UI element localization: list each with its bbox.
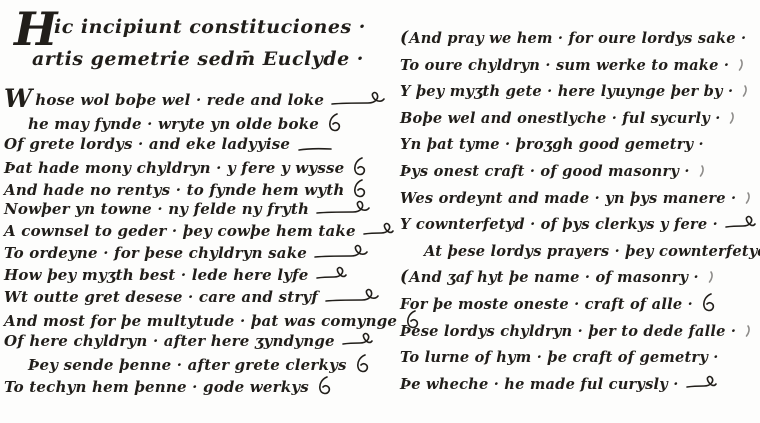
heading-line-2: artis gemetrie sedm̄ Euclyde · xyxy=(32,48,364,70)
verse-line: How þey myʒth best · lede here lyfe xyxy=(4,265,396,287)
scribal-flourish-mark-icon xyxy=(743,186,752,213)
verse-line-text: Þat hade mony chyldryn · y fere y wysse xyxy=(4,159,344,177)
left-verse-column: Whose wol boþe wel · rede and lokehe may… xyxy=(4,90,396,396)
scribal-flourish-short-icon xyxy=(686,372,717,399)
verse-line-text: hose wol boþe wel · rede and loke xyxy=(35,91,324,109)
scribal-flourish-mark-icon xyxy=(727,106,736,133)
verse-line: Þese lordys chyldryn · þer to dede falle… xyxy=(400,319,760,346)
verse-line: Þat hade mony chyldryn · y fere y wysse xyxy=(4,156,396,178)
verse-line: A cownsel to geder · þey cowþe hem take xyxy=(4,221,396,243)
verse-line-text: Wes ordeynt and made · yn þys manere · xyxy=(400,190,736,207)
scribal-flourish-hook-icon xyxy=(316,375,331,399)
right-verse-column: (And pray we hem · for oure lordys sake … xyxy=(400,26,760,398)
verse-line-text: Of grete lordys · and eke ladyyise xyxy=(4,135,290,153)
scribal-flourish-short-icon xyxy=(363,221,394,243)
verse-line: Yn þat tyme · þroʒgh good gemetry · xyxy=(400,132,760,159)
verse-line: Boþe wel and onestlyche · ful sycurly · xyxy=(400,106,760,133)
scribal-flourish-mark-icon xyxy=(740,79,749,106)
scribal-flourish-hook-icon xyxy=(351,178,366,202)
verse-line-text: To oure chyldryn · sum werke to make · xyxy=(400,57,729,74)
scribal-flourish-mark-icon xyxy=(697,159,706,186)
verse-line-text: Þey sende þenne · after grete clerkys xyxy=(28,356,347,374)
scribal-flourish-mark-icon xyxy=(706,265,715,292)
scribal-flourish-short-icon xyxy=(316,265,347,287)
verse-line-text: Of here chyldryn · after here ʒyndynge xyxy=(4,332,335,350)
verse-line-text: And hade no rentys · to fynde hem wyth xyxy=(4,181,344,199)
verse-line-text: Wt outte gret desese · care and stryf xyxy=(4,288,318,306)
scribal-flourish-long-icon xyxy=(325,287,379,309)
verse-line: To oure chyldryn · sum werke to make · xyxy=(400,53,760,80)
verse-line-text: And ʒaf hyt þe name · of masonry · xyxy=(409,269,699,286)
verse-line-text: Þese lordys chyldryn · þer to dede falle… xyxy=(400,323,736,340)
verse-line-text: Nowþer yn towne · ny felde ny fryth xyxy=(4,200,309,218)
verse-line-text: Boþe wel and onestlyche · ful sycurly · xyxy=(400,110,720,127)
verse-line-text: Yn þat tyme · þroʒgh good gemetry · xyxy=(400,136,704,153)
scribal-flourish-mark-icon xyxy=(743,319,752,346)
verse-line-text: A cownsel to geder · þey cowþe hem take xyxy=(4,222,356,240)
verse-line: To ordeyne · for þese chyldryn sake xyxy=(4,243,396,265)
scribal-flourish-hook-icon xyxy=(700,292,715,319)
scribal-flourish-long-icon xyxy=(331,90,385,112)
verse-line: At þese lordys prayers · þey cownterfety… xyxy=(400,239,760,266)
scribal-flourish-mark-icon xyxy=(736,53,745,80)
verse-line: To techyn hem þenne · gode werkys xyxy=(4,375,396,397)
manuscript-page: H ic incipiunt constituciones · artis ge… xyxy=(0,0,760,423)
verse-line: Of grete lordys · and eke ladyyise xyxy=(4,134,396,156)
verse-line-text: To lurne of hym · þe craft of gemetry · xyxy=(400,349,719,366)
verse-line-text: Y cownterfetyd · of þys clerkys y fere · xyxy=(400,216,718,233)
verse-line-text: Y þey myʒth gete · here lyuynge þer by · xyxy=(400,83,733,100)
verse-line: And most for þe multytude · þat was comy… xyxy=(4,309,396,331)
verse-line: (And ʒaf hyt þe name · of masonry · xyxy=(400,265,760,292)
verse-line: Wes ordeynt and made · yn þys manere · xyxy=(400,186,760,213)
verse-line-text: For þe moste oneste · craft of alle · xyxy=(400,296,693,313)
verse-line: Þey sende þenne · after grete clerkys xyxy=(4,353,396,375)
verse-line-text: To techyn hem þenne · gode werkys xyxy=(4,378,309,396)
scribal-flourish-dash-icon xyxy=(297,134,333,156)
verse-line: Þe wheche · he made ful curysly · xyxy=(400,372,760,399)
verse-line: Y cownterfetyd · of þys clerkys y fere · xyxy=(400,212,760,239)
verse-line: Whose wol boþe wel · rede and loke xyxy=(4,90,396,112)
scribal-flourish-hook-icon xyxy=(326,112,341,136)
verse-line-text: he may fynde · wryte yn olde boke xyxy=(28,115,319,133)
verse-line: Þys onest craft · of good masonry · xyxy=(400,159,760,186)
verse-line-text: At þese lordys prayers · þey cownterfety… xyxy=(424,243,760,260)
scribal-flourish-long-icon xyxy=(314,243,368,265)
verse-line: To lurne of hym · þe craft of gemetry · xyxy=(400,345,760,372)
verse-line: For þe moste oneste · craft of alle · xyxy=(400,292,760,319)
verse-line: Wt outte gret desese · care and stryf xyxy=(4,287,396,309)
scribal-flourish-short-icon xyxy=(725,212,756,239)
verse-line: Nowþer yn towne · ny felde ny fryth xyxy=(4,199,396,221)
scribal-flourish-short-icon xyxy=(342,331,373,353)
verse-line-text: How þey myʒth best · lede here lyfe xyxy=(4,266,309,284)
verse-line: Y þey myʒth gete · here lyuynge þer by · xyxy=(400,79,760,106)
heading-line-1: ic incipiunt constituciones · xyxy=(54,16,366,38)
scribal-flourish-hook-icon xyxy=(354,353,369,377)
verse-line-text: And pray we hem · for oure lordys sake · xyxy=(409,30,746,47)
verse-line-text: And most for þe multytude · þat was comy… xyxy=(4,312,397,330)
verse-line: And hade no rentys · to fynde hem wyth xyxy=(4,178,396,200)
scribal-flourish-long-icon xyxy=(316,199,370,221)
verse-line-text: Þe wheche · he made ful curysly · xyxy=(400,376,679,393)
verse-line-text: Þys onest craft · of good masonry · xyxy=(400,163,690,180)
verse-line: (And pray we hem · for oure lordys sake … xyxy=(400,26,760,53)
scribal-flourish-hook-icon xyxy=(351,156,366,180)
heading-drop-cap-initial: H xyxy=(14,6,57,52)
verse-line: Of here chyldryn · after here ʒyndynge xyxy=(4,331,396,353)
verse-line-text: To ordeyne · for þese chyldryn sake xyxy=(4,244,307,262)
verse-line: he may fynde · wryte yn olde boke xyxy=(4,112,396,134)
